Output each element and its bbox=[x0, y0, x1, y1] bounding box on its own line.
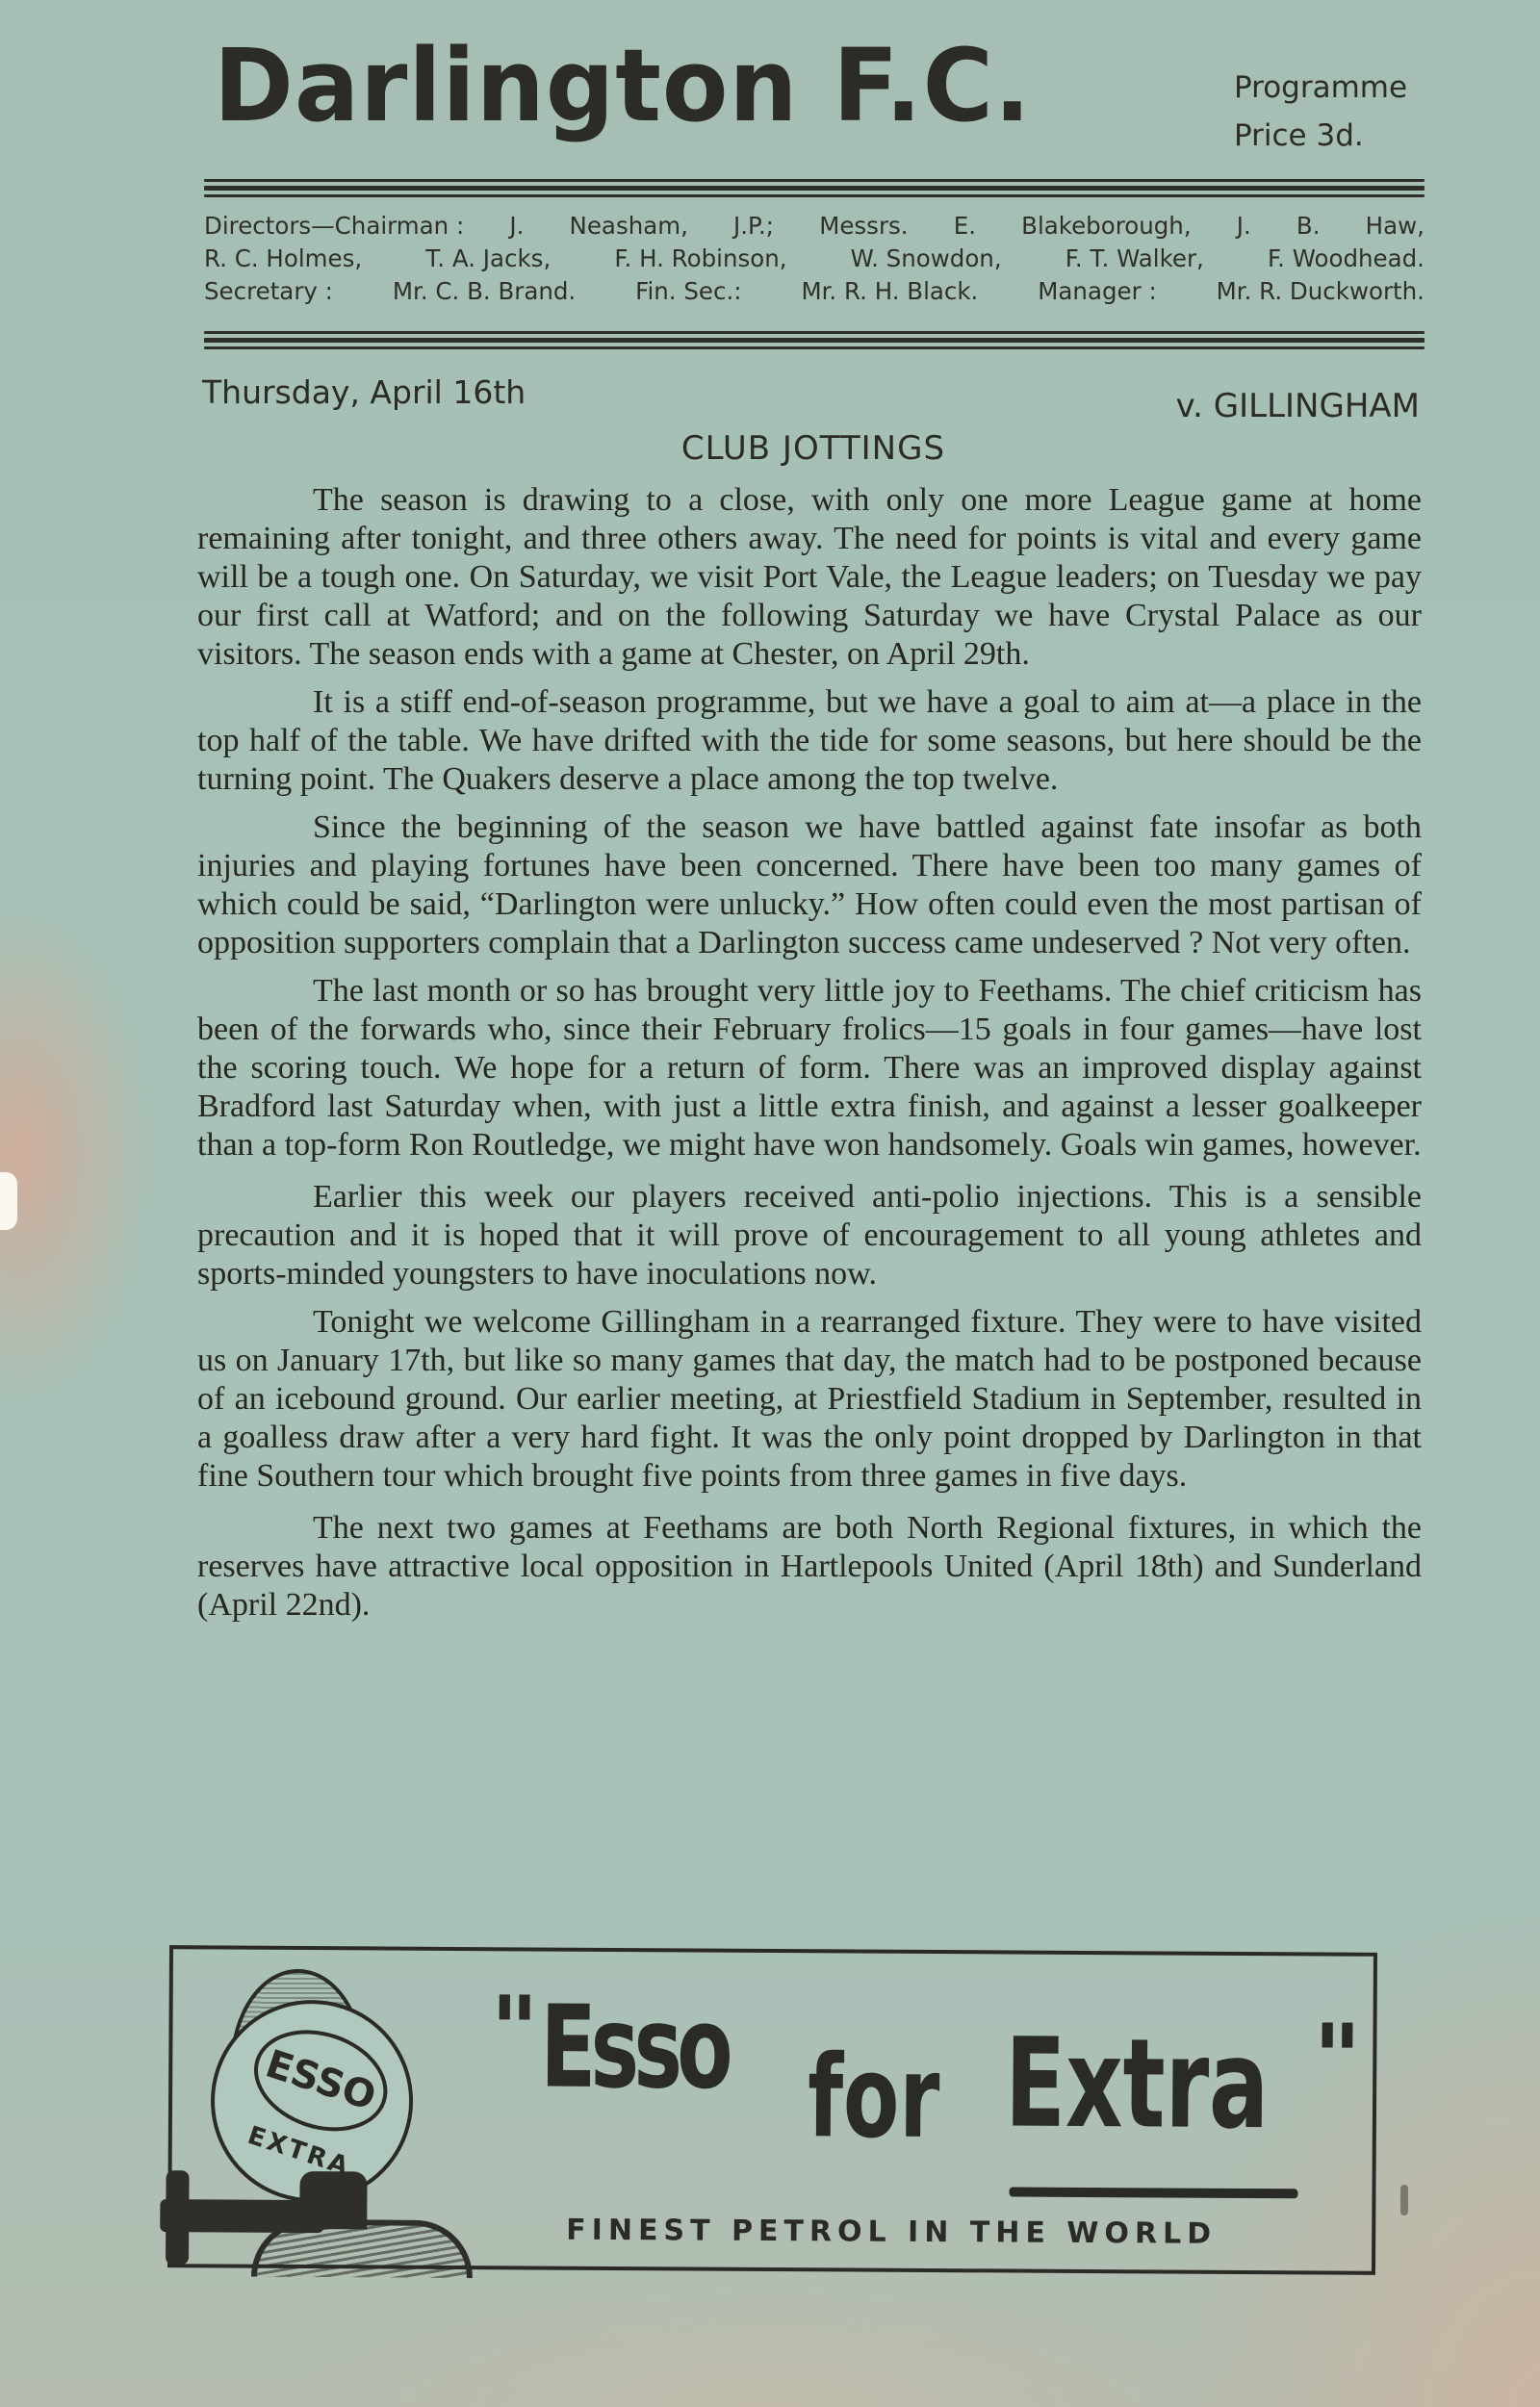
price-box: Programme Price 3d. bbox=[1234, 64, 1426, 160]
officials-text: Messrs. bbox=[819, 210, 908, 243]
club-title: Darlington F.C. bbox=[214, 31, 1032, 141]
esso-advertisement: ESSO EXTRA " Esso for Extra " FINEST PET… bbox=[167, 1945, 1377, 2275]
article-paragraph: It is a stiff end-of-season programme, b… bbox=[197, 683, 1422, 799]
match-date: Thursday, April 16th bbox=[202, 373, 526, 411]
officials-text: J. bbox=[509, 210, 524, 243]
slogan-for: for bbox=[808, 2030, 940, 2164]
rule-line bbox=[204, 338, 1424, 343]
officials-line-1: Directors—Chairman : J. Neasham, J.P.; M… bbox=[204, 210, 1424, 243]
officials-block: Directors—Chairman : J. Neasham, J.P.; M… bbox=[204, 210, 1424, 308]
officials-text: T. A. Jacks, bbox=[425, 243, 551, 275]
officials-text: B. bbox=[1296, 210, 1321, 243]
officials-text: Blakeborough, bbox=[1021, 210, 1191, 243]
slogan-underline bbox=[1009, 2188, 1297, 2199]
officials-text: F. Woodhead. bbox=[1268, 243, 1424, 275]
officials-text: J.P.; bbox=[733, 210, 774, 243]
article-paragraph: Since the beginning of the season we hav… bbox=[197, 808, 1422, 962]
pump-base bbox=[160, 2170, 546, 2268]
officials-text: Mr. R. Duckworth. bbox=[1217, 275, 1424, 308]
paper-tear bbox=[0, 1172, 17, 1230]
top-rule bbox=[204, 179, 1424, 201]
article-paragraph: The next two games at Feethams are both … bbox=[197, 1509, 1422, 1625]
officials-line-2: R. C. Holmes, T. A. Jacks, F. H. Robinso… bbox=[204, 243, 1424, 275]
slogan-extra: Extra bbox=[1005, 2011, 1270, 2157]
ad-slogan: " Esso for Extra " bbox=[490, 1970, 1357, 2158]
article-paragraph: The last month or so has brought very li… bbox=[197, 972, 1422, 1165]
pump-bolt bbox=[166, 2170, 190, 2265]
rule-line bbox=[204, 186, 1424, 191]
ink-smudge bbox=[1400, 2185, 1408, 2215]
bottom-rule bbox=[204, 331, 1424, 353]
officials-text: Mr. R. H. Black. bbox=[801, 275, 978, 308]
programme-label: Programme bbox=[1234, 64, 1426, 112]
slogan-brand: Esso bbox=[540, 1981, 728, 2114]
officials-text: R. C. Holmes, bbox=[204, 243, 362, 275]
rule-line bbox=[204, 194, 1424, 197]
price-label: Price 3d. bbox=[1234, 112, 1426, 160]
officials-text: Fin. Sec.: bbox=[635, 275, 741, 308]
close-quote: " bbox=[1313, 2004, 1362, 2112]
officials-text: F. T. Walker, bbox=[1065, 243, 1204, 275]
article-paragraph: Earlier this week our players received a… bbox=[197, 1178, 1422, 1293]
officials-text: Secretary : bbox=[204, 275, 333, 308]
open-quote: " bbox=[490, 1976, 539, 2084]
rule-line bbox=[204, 179, 1424, 182]
officials-text: Mr. C. B. Brand. bbox=[393, 275, 576, 308]
rule-line bbox=[204, 331, 1424, 334]
article-paragraph: The season is drawing to a close, with o… bbox=[197, 481, 1422, 674]
officials-text: Manager : bbox=[1038, 275, 1156, 308]
officials-text: W. Snowdon, bbox=[851, 243, 1002, 275]
officials-text: E. bbox=[954, 210, 976, 243]
officials-text: Directors—Chairman : bbox=[204, 210, 464, 243]
article-body: The season is drawing to a close, with o… bbox=[197, 481, 1422, 1634]
officials-text: F. H. Robinson, bbox=[614, 243, 786, 275]
article-heading: CLUB JOTTINGS bbox=[0, 429, 1540, 468]
officials-text: J. bbox=[1237, 210, 1251, 243]
ad-tagline: FINEST PETROL IN THE WORLD bbox=[566, 2214, 1217, 2251]
officials-line-3: Secretary : Mr. C. B. Brand. Fin. Sec.: … bbox=[204, 275, 1424, 308]
officials-text: Neasham, bbox=[570, 210, 688, 243]
match-opponent: v. GILLINGHAM bbox=[1176, 387, 1420, 425]
rule-line bbox=[204, 346, 1424, 349]
article-paragraph: Tonight we welcome Gillingham in a rearr… bbox=[197, 1303, 1422, 1496]
officials-text: Haw, bbox=[1366, 210, 1424, 243]
